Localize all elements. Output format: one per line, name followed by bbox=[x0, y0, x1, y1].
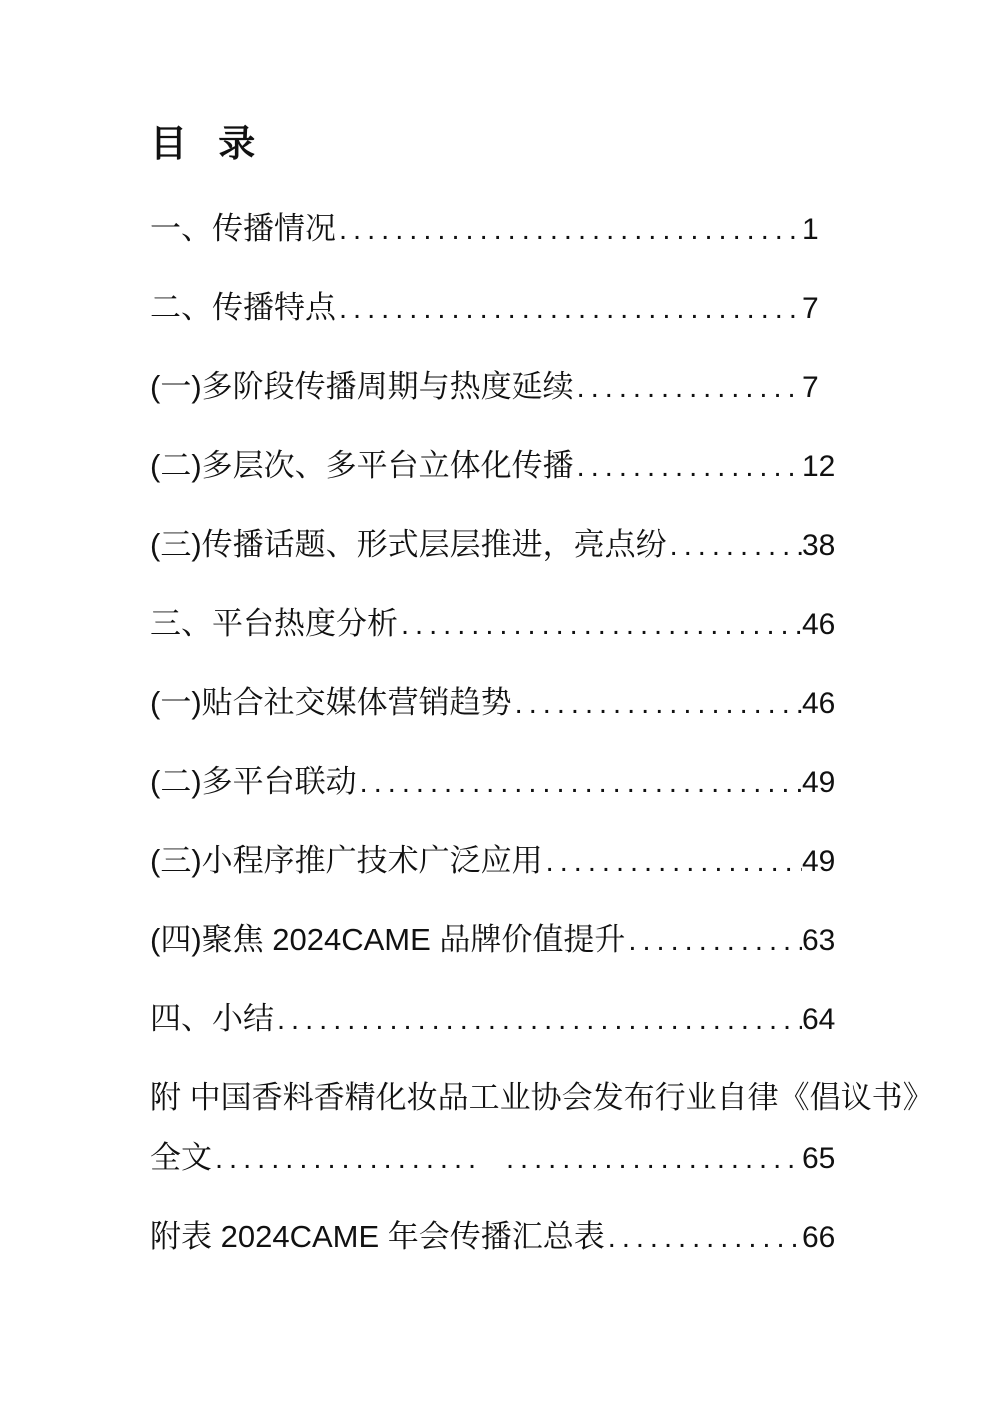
toc-entry[interactable]: (一)贴合社交媒体营销趋势 ..........................… bbox=[150, 686, 838, 721]
toc-entry-second-line: 全文 .....................................… bbox=[150, 1141, 838, 1176]
toc-leader-dots: ........................................… bbox=[503, 1142, 802, 1176]
toc-entry-label: (一)多阶段传播周期与热度延续 bbox=[150, 370, 574, 404]
toc-leader-dots: ........................................… bbox=[336, 292, 802, 326]
toc-entry[interactable]: 二、传播特点 .................................… bbox=[150, 291, 838, 326]
toc-leader-dots: ........................................… bbox=[543, 845, 802, 879]
toc-entry[interactable]: (二)多平台联动 ...............................… bbox=[150, 765, 838, 800]
toc-entry[interactable]: (二)多层次、多平台立体化传播 ........................… bbox=[150, 449, 838, 484]
toc-leader-dots: ........................................… bbox=[274, 1003, 802, 1037]
toc-entry-label: (二)多层次、多平台立体化传播 bbox=[150, 449, 574, 483]
toc-page-number[interactable]: 65 bbox=[802, 1142, 838, 1176]
toc-leader-dots: ........................................… bbox=[574, 371, 802, 405]
toc-entry-label: 附表 2024CAME 年会传播汇总表 bbox=[150, 1220, 605, 1254]
toc-entry-label: 四、小结 bbox=[150, 1002, 274, 1036]
toc-entry-label: (三)小程序推广技术广泛应用 bbox=[150, 844, 543, 878]
toc-leader-dots: ........................................… bbox=[336, 213, 802, 247]
toc-entry[interactable]: (三)传播话题、形式层层推进，亮点纷 .....................… bbox=[150, 528, 838, 563]
toc-page-number[interactable]: 7 bbox=[802, 371, 838, 405]
toc-entry[interactable]: 附表 2024CAME 年会传播汇总表 ....................… bbox=[150, 1220, 838, 1255]
toc-page-number[interactable]: 63 bbox=[802, 924, 838, 958]
toc-entry-label: 二、传播特点 bbox=[150, 291, 336, 325]
page-title: 目 录 bbox=[150, 124, 838, 166]
toc-page-number[interactable]: 49 bbox=[802, 766, 838, 800]
toc-page-number[interactable]: 7 bbox=[802, 292, 838, 326]
toc-entry-label: (三)传播话题、形式层层推进，亮点纷 bbox=[150, 528, 667, 562]
toc-page-number[interactable]: 1 bbox=[802, 213, 838, 247]
toc-leader-dots: ........................................… bbox=[357, 766, 802, 800]
toc-entry-label-continued: 全文 bbox=[150, 1141, 212, 1175]
toc-page-number[interactable]: 12 bbox=[802, 450, 838, 484]
toc-entry-label: 一、传播情况 bbox=[150, 212, 336, 246]
toc-entry-label: (二)多平台联动 bbox=[150, 765, 357, 799]
toc-leader-dots: ........................................… bbox=[398, 608, 802, 642]
toc-leader-dots: ........................................… bbox=[605, 1221, 802, 1255]
toc-leader-dots: ........................................… bbox=[512, 687, 802, 721]
toc-leader-dots: ........................................… bbox=[212, 1142, 483, 1176]
toc-entry[interactable]: 三、平台热度分析 ...............................… bbox=[150, 607, 838, 642]
toc-page-number[interactable]: 38 bbox=[802, 529, 838, 563]
toc-entry-label: (一)贴合社交媒体营销趋势 bbox=[150, 686, 512, 720]
toc-page-number[interactable]: 64 bbox=[802, 1003, 838, 1037]
toc-page: 目 录 一、传播情况 .............................… bbox=[0, 0, 1000, 1415]
toc-entry[interactable]: (三)小程序推广技术广泛应用 .........................… bbox=[150, 844, 838, 879]
toc-leader-dots: ........................................… bbox=[667, 529, 802, 563]
toc-page-number[interactable]: 46 bbox=[802, 608, 838, 642]
toc-page-number[interactable]: 66 bbox=[802, 1221, 838, 1255]
toc-page-number[interactable]: 46 bbox=[802, 687, 838, 721]
toc-entry-label: 附 中国香料香精化妆品工业协会发布行业自律《倡议书》 bbox=[150, 1081, 838, 1115]
toc-list: 一、传播情况 .................................… bbox=[150, 212, 838, 1255]
toc-entry[interactable]: 一、传播情况 .................................… bbox=[150, 212, 838, 247]
toc-entry[interactable]: 附 中国香料香精化妆品工业协会发布行业自律《倡议书》 全文 ..........… bbox=[150, 1081, 838, 1176]
toc-entry[interactable]: (一)多阶段传播周期与热度延续 ........................… bbox=[150, 370, 838, 405]
toc-page-number[interactable]: 49 bbox=[802, 845, 838, 879]
toc-leader-dots: ........................................… bbox=[625, 924, 802, 958]
toc-entry[interactable]: (四)聚焦 2024CAME 品牌价值提升 ..................… bbox=[150, 923, 838, 958]
toc-entry-label: 三、平台热度分析 bbox=[150, 607, 398, 641]
toc-entry-label: (四)聚焦 2024CAME 品牌价值提升 bbox=[150, 923, 625, 957]
toc-leader-dots: ........................................… bbox=[574, 450, 802, 484]
toc-entry[interactable]: 四、小结 ...................................… bbox=[150, 1002, 838, 1037]
